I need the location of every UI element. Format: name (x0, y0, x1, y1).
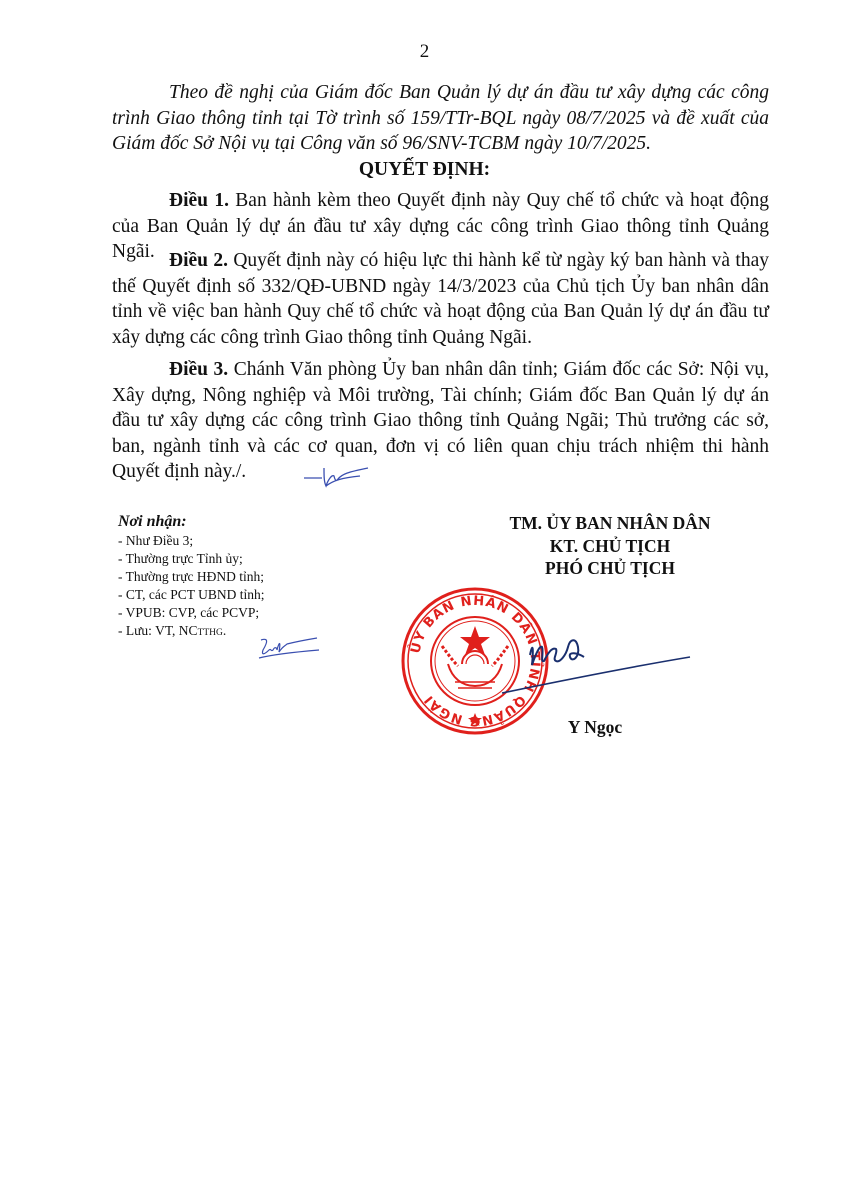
decision-heading: QUYẾT ĐỊNH: (0, 159, 849, 181)
recipient-item: - Như Điều 3; (118, 532, 378, 550)
preamble-paragraph: Theo đề nghị của Giám đốc Ban Quản lý dự… (112, 80, 769, 157)
signer-block: TM. ỦY BAN NHÂN DÂN KT. CHỦ TỊCH PHÓ CHỦ… (440, 512, 780, 580)
signer-line-3: PHÓ CHỦ TỊCH (440, 557, 780, 580)
article-2: Điều 2. Quyết định này có hiệu lực thi h… (112, 248, 769, 350)
recipient-item: - Lưu: VT, NCTTHG. (118, 622, 378, 642)
recipient-item: - Thường trực Tỉnh ủy; (118, 550, 378, 568)
clerk-initial-icon (255, 632, 325, 664)
signer-name: Y Ngọc (540, 717, 650, 738)
recipient-item: - Thường trực HĐND tỉnh; (118, 568, 378, 586)
initial-signature-icon (302, 462, 372, 492)
signer-line-2: KT. CHỦ TỊCH (440, 535, 780, 558)
page-number: 2 (0, 41, 849, 63)
recipient-item: - VPUB: CVP, các PCVP; (118, 604, 378, 622)
recipients-title: Nơi nhận: (118, 512, 378, 532)
article-3: Điều 3. Chánh Văn phòng Ủy ban nhân dân … (112, 357, 769, 485)
recipients-block: Nơi nhận: - Như Điều 3; - Thường trực Tỉ… (118, 512, 378, 642)
article-1-label: Điều 1. (169, 190, 229, 211)
article-3-label: Điều 3. (169, 359, 228, 380)
article-2-label: Điều 2. (169, 250, 228, 271)
signature-icon (500, 625, 700, 705)
recipient-item: - CT, các PCT UBND tỉnh; (118, 586, 378, 604)
signer-line-1: TM. ỦY BAN NHÂN DÂN (440, 512, 780, 535)
